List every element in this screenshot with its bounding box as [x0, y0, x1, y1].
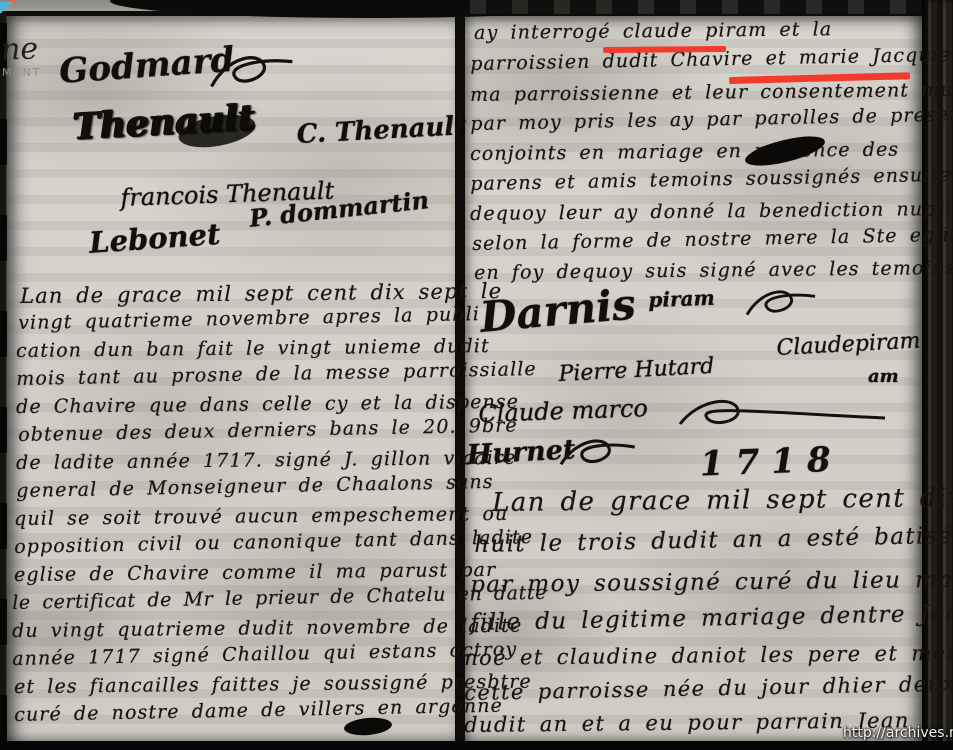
signature: am — [868, 366, 899, 387]
signature: Claude marco — [478, 394, 648, 428]
signature: piram — [648, 286, 715, 312]
manuscript-scan: ne MENT Godmard Thenault C. Thenault fra… — [0, 0, 953, 750]
manuscript-line: Lan de grace mil sept cent dix — [492, 483, 953, 518]
watermark-url: http://archives.m — [843, 725, 953, 741]
manuscript-line: ay interrogé claude piram et la — [474, 18, 832, 44]
stamp-fragment: MENT — [2, 66, 41, 79]
bottom-border — [0, 741, 953, 750]
top-border — [0, 0, 953, 16]
manuscript-line: noé et claudine daniot les pere et mere … — [464, 640, 953, 670]
signature-flourish-icon — [555, 427, 644, 479]
left-page-edge — [0, 14, 7, 741]
margin-note: ne — [0, 31, 38, 67]
signature-flourish-icon — [640, 394, 890, 434]
red-underline-annotation — [603, 46, 726, 53]
manuscript-line: conjoints en mariage en presence des — [470, 139, 899, 165]
signature-flourish-icon — [740, 278, 824, 328]
top-shadow-texture — [470, 0, 953, 14]
year-heading: 1718 — [699, 440, 843, 485]
manuscript-line: par moy soussigné curé du lieu marie — [470, 567, 953, 598]
corner-marker-icon — [0, 2, 13, 14]
